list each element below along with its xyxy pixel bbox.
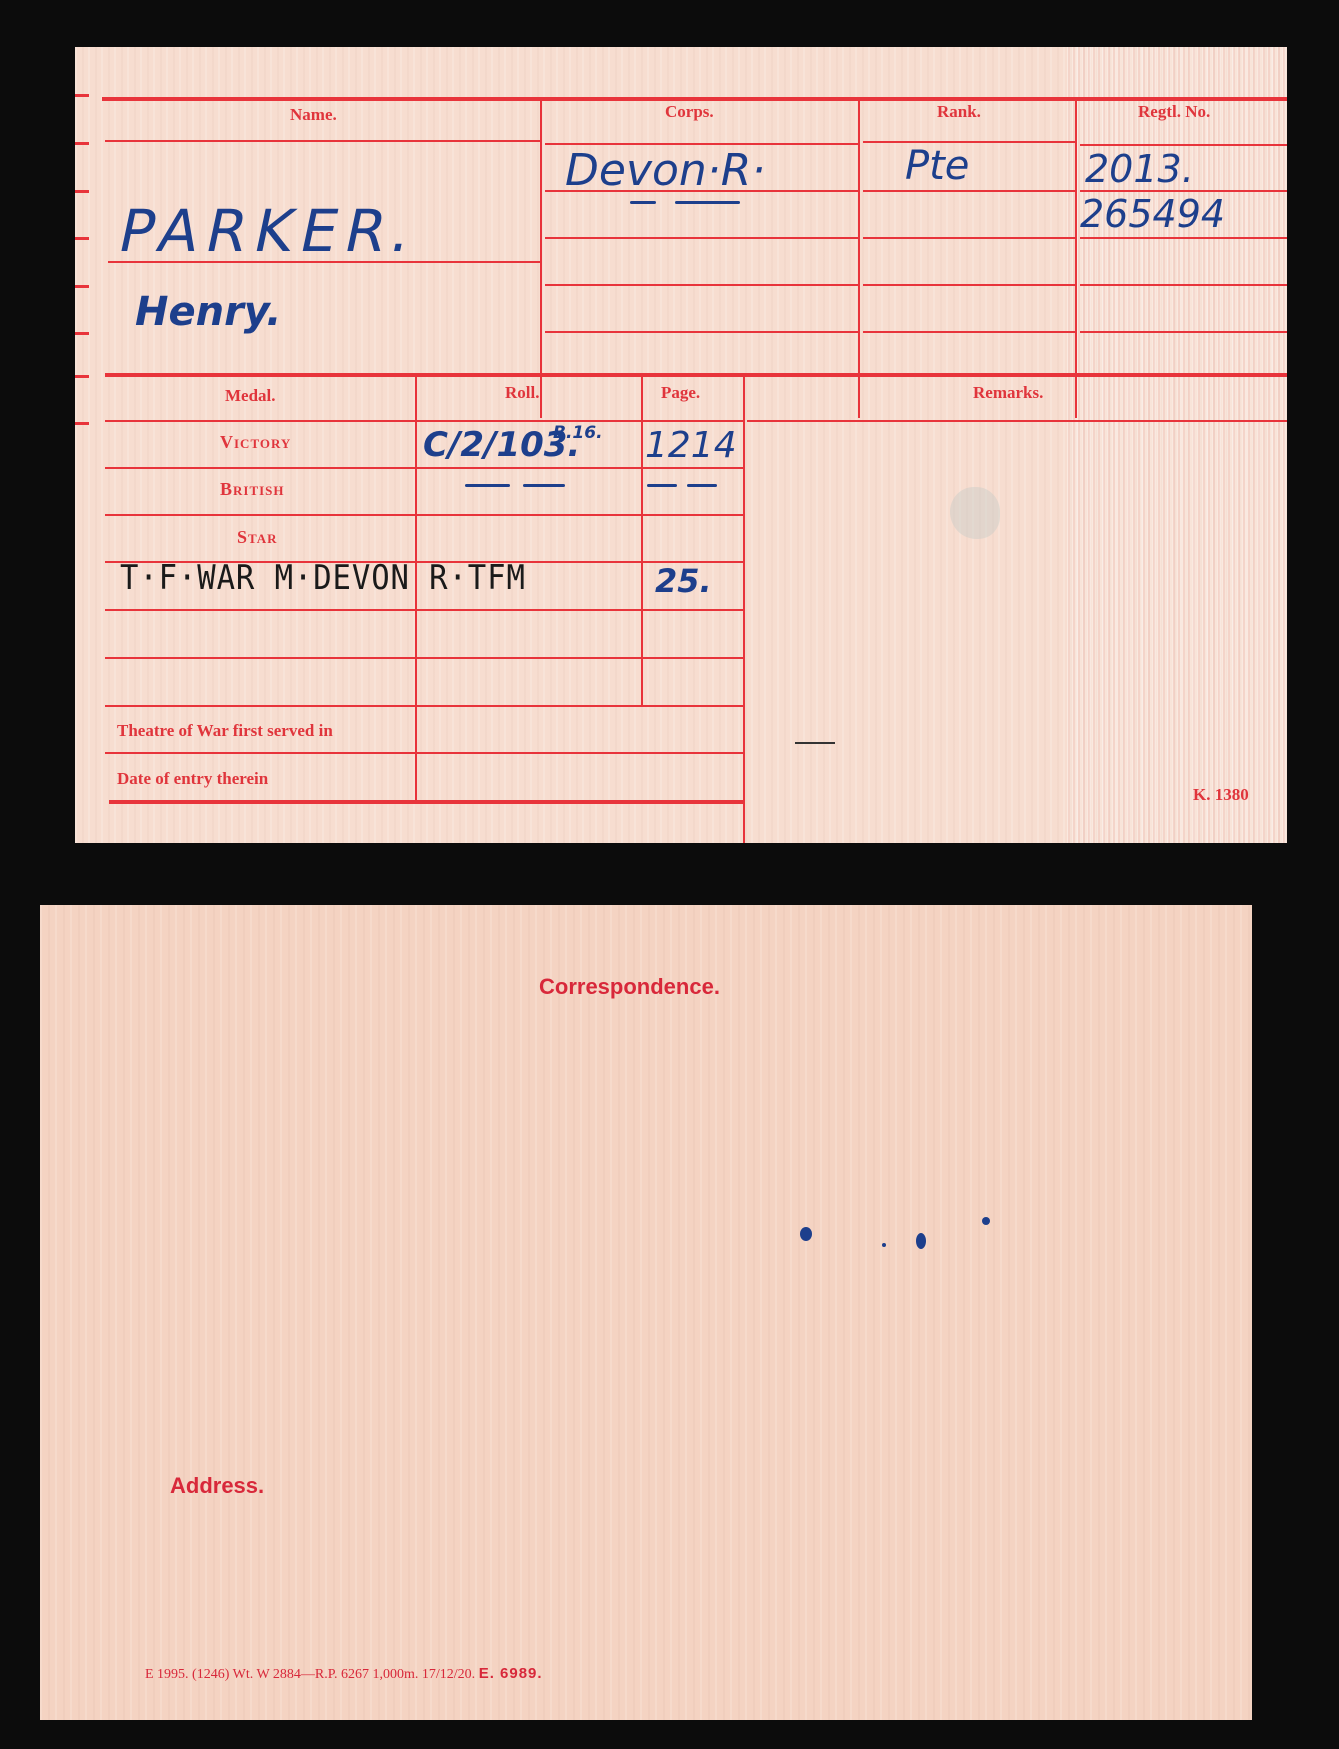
- medal-rule: [105, 514, 743, 516]
- margin-tick: [75, 142, 89, 145]
- regtl-rule: [1080, 284, 1287, 286]
- footer-imprint: E 1995. (1246) Wt. W 2884—R.P. 6267 1,00…: [145, 1667, 475, 1682]
- divider-name-corps: [540, 100, 542, 418]
- medal-rule: [105, 420, 743, 422]
- theatre-label: Theatre of War first served in: [117, 721, 333, 741]
- tfwm-stamp: T·F·WAR M·DEVON R·TFM: [120, 558, 526, 598]
- margin-tick: [75, 332, 89, 335]
- medal-rule: [105, 657, 743, 659]
- corps-header: Corps.: [665, 102, 714, 122]
- medal-header: Medal.: [225, 386, 276, 406]
- rank-entry: Pte: [905, 143, 969, 189]
- stamp-page-entry: 25.: [655, 562, 712, 600]
- paper-stain: [950, 487, 1000, 539]
- page-header: Page.: [661, 383, 700, 403]
- corps-entry: Devon·R·: [565, 145, 765, 196]
- margin-tick: [75, 285, 89, 288]
- medal-rule: [105, 705, 743, 707]
- divider-corps-rank: [858, 100, 860, 418]
- corps-rule: [545, 284, 858, 286]
- medal-index-card-front: Name. Corps. Rank. Regtl. No. PARKER. He…: [75, 47, 1287, 843]
- date-label: Date of entry therein: [117, 769, 268, 789]
- regtl-no-entry-1: 2013.: [1085, 147, 1194, 191]
- roll-header: Roll.: [505, 383, 539, 403]
- regtl-rule: [1080, 331, 1287, 333]
- theatre-rule: [105, 752, 743, 754]
- name-header-rule: [105, 140, 540, 142]
- medal-rule: [105, 467, 743, 469]
- margin-tick: [75, 375, 89, 378]
- ink-blot: [916, 1233, 926, 1249]
- address-label: Address.: [170, 1473, 264, 1499]
- remarks-rule: [747, 420, 1287, 422]
- margin-tick: [75, 237, 89, 240]
- regtl-no-entry-2: 265494: [1080, 192, 1225, 236]
- medal-index-card-back: Correspondence. Address. E 1995. (1246) …: [40, 905, 1252, 1720]
- victory-roll-suffix: B.16.: [553, 423, 603, 443]
- ink-blot: [800, 1227, 812, 1241]
- margin-tick: [75, 94, 89, 97]
- medal-row-british: British: [220, 479, 285, 500]
- ditto-mark: [687, 484, 717, 487]
- forename-entry: Henry.: [135, 289, 281, 335]
- form-code: K. 1380: [1193, 785, 1249, 805]
- rank-header: Rank.: [937, 102, 981, 122]
- victory-page-entry: 1214: [645, 425, 737, 466]
- correspondence-heading: Correspondence.: [539, 974, 720, 1000]
- corps-rule: [545, 331, 858, 333]
- rank-rule: [863, 331, 1075, 333]
- rank-rule: [863, 237, 1075, 239]
- top-rule: [102, 97, 1287, 101]
- rank-rule: [863, 190, 1075, 192]
- ditto-mark: [465, 484, 510, 487]
- margin-tick: [75, 422, 89, 425]
- ditto-mark: [675, 201, 740, 204]
- surname-entry: PARKER.: [113, 197, 426, 265]
- divider-rank-regtl: [1075, 100, 1077, 418]
- remarks-header: Remarks.: [973, 383, 1043, 403]
- ditto-mark: [523, 484, 565, 487]
- medal-row-star: Star: [237, 527, 278, 548]
- ink-blot: [982, 1217, 990, 1225]
- section-rule: [105, 373, 1287, 377]
- ink-dot: [882, 1243, 886, 1247]
- print-footer: E 1995. (1246) Wt. W 2884—R.P. 6267 1,00…: [145, 1665, 543, 1683]
- medal-row-victory: Victory: [220, 432, 291, 453]
- date-rule: [109, 800, 743, 804]
- regtl-rule: [1080, 237, 1287, 239]
- regtl-rule: [1080, 144, 1287, 146]
- ditto-mark: [647, 484, 677, 487]
- medal-rule: [105, 609, 743, 611]
- corps-rule: [545, 237, 858, 239]
- name-header: Name.: [290, 105, 337, 125]
- margin-tick: [75, 190, 89, 193]
- rank-rule: [863, 284, 1075, 286]
- footer-form-number: E. 6989.: [479, 1665, 543, 1682]
- divider-page-remarks: [743, 377, 745, 843]
- ditto-mark: [630, 201, 656, 204]
- pencil-mark: [795, 742, 835, 744]
- regtl-no-header: Regtl. No.: [1138, 102, 1210, 122]
